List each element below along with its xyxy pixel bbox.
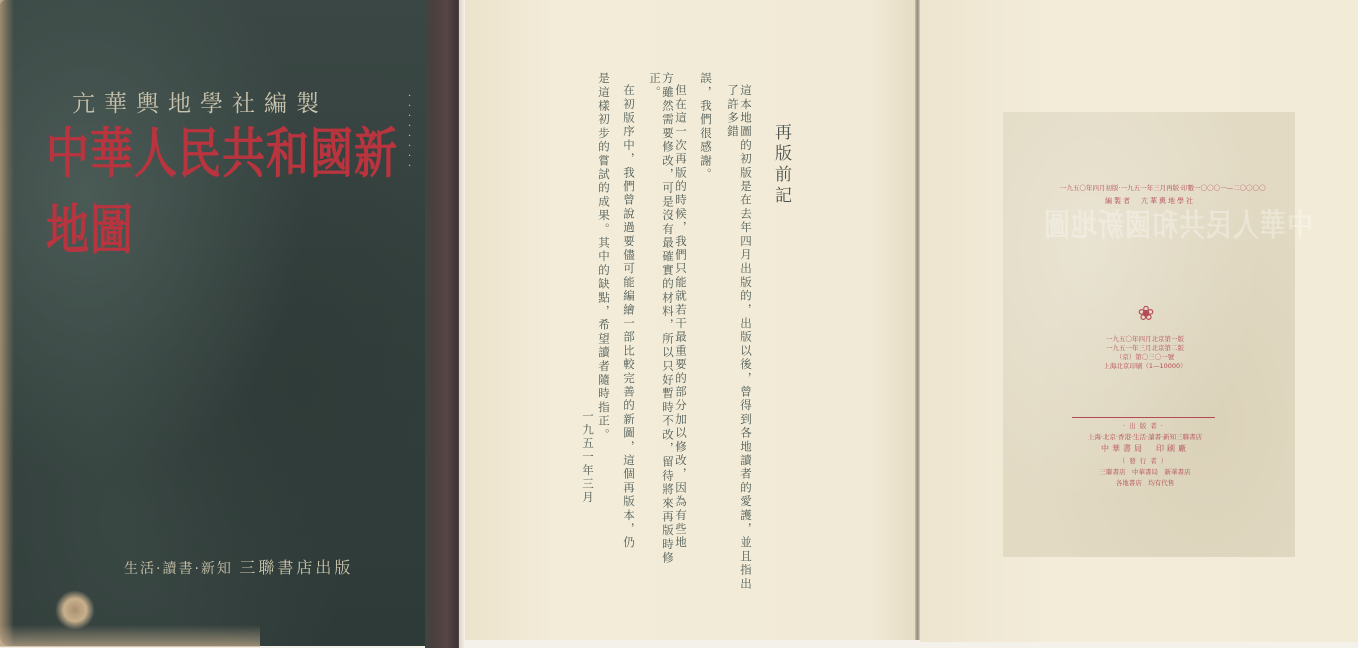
colophon-mid-line: （京）第〇三〇一號 <box>1095 352 1195 361</box>
preface-column: 但在這一次再版的時候，我們只能就若干最重要的部分加以修改，因為有些地 <box>674 84 687 604</box>
show-through-title: 中華人民共和國新地圖 <box>1043 201 1313 245</box>
preface-column: 誤，我們很感謝。 <box>699 72 712 592</box>
colophon-mid-line: 一九五一年三月北京第二版 <box>1095 343 1195 352</box>
cover-decorative-dots: ········ <box>408 92 411 172</box>
preface-column: 是這樣初步的嘗試的成果。其中的缺點，希望讀者隨時指正。 <box>597 72 610 592</box>
colophon-mid-line: 一九五〇年四月北京第一版 <box>1095 334 1195 343</box>
colophon-bottom-line: （發行者） <box>1080 456 1210 465</box>
preface-date: 一九五一年三月 <box>580 410 596 505</box>
book-spine <box>425 0 461 648</box>
colophon-divider <box>1072 417 1215 418</box>
preface-column: 這本地圖的初版是在去年四月出版的，出版以後，曾得到各地讀者的愛護，並且指出了許多… <box>726 84 752 604</box>
cover-stain <box>55 590 95 630</box>
preface-column: 在初版序中，我們曾說過要儘可能編繪一部比較完善的新圖，這個再版本，仍 <box>622 84 635 604</box>
cover-imprint: 生活·讀書·新知 三聯書店出版 <box>124 555 353 578</box>
preface-title: 再版前記 <box>769 123 794 207</box>
cover-title: 中華人民共和國新地圖 <box>46 112 430 265</box>
preface-column: 方雖然需要修改，可是沒有最確實的材料，所以只好暫時不改，留待將來再版時修正。 <box>648 72 674 592</box>
colophon-bottom-line: ·出版者· <box>1080 421 1210 430</box>
colophon-top-line: 編製者 亢華輿地學社 <box>1060 196 1240 206</box>
cover-imprint-small: 生活·讀書·新知 <box>124 561 233 577</box>
colophon-bottom-line: 各地書店 均有代售 <box>1085 478 1205 487</box>
cover-imprint-main: 三聯書店出版 <box>239 558 353 577</box>
bookstore-emblem-icon: ❀ <box>1133 301 1159 325</box>
colophon-mid-line: 上海北京印刷（1—10000） <box>1095 361 1195 370</box>
preface-page <box>465 0 915 640</box>
book-cover: 亢華輿地學社編製 中華人民共和國新地圖 ········ 生活·讀書·新知 三聯… <box>0 0 430 646</box>
colophon-bottom-line: 中華書局 印刷廠 <box>1080 443 1210 454</box>
colophon-top-line: 一九五〇年四月初版·一九五一年三月再版·印數一〇〇〇一—二〇〇〇〇 <box>1060 183 1240 192</box>
cover-bottom-wear <box>0 625 260 647</box>
colophon-bottom-line: 三聯書店 中華書局 新華書店 <box>1075 467 1215 476</box>
colophon-bottom-line: 上海·北京·香港·生活·讀書·新知三聯書店 <box>1070 432 1220 441</box>
cover-edge-wear <box>0 0 14 646</box>
